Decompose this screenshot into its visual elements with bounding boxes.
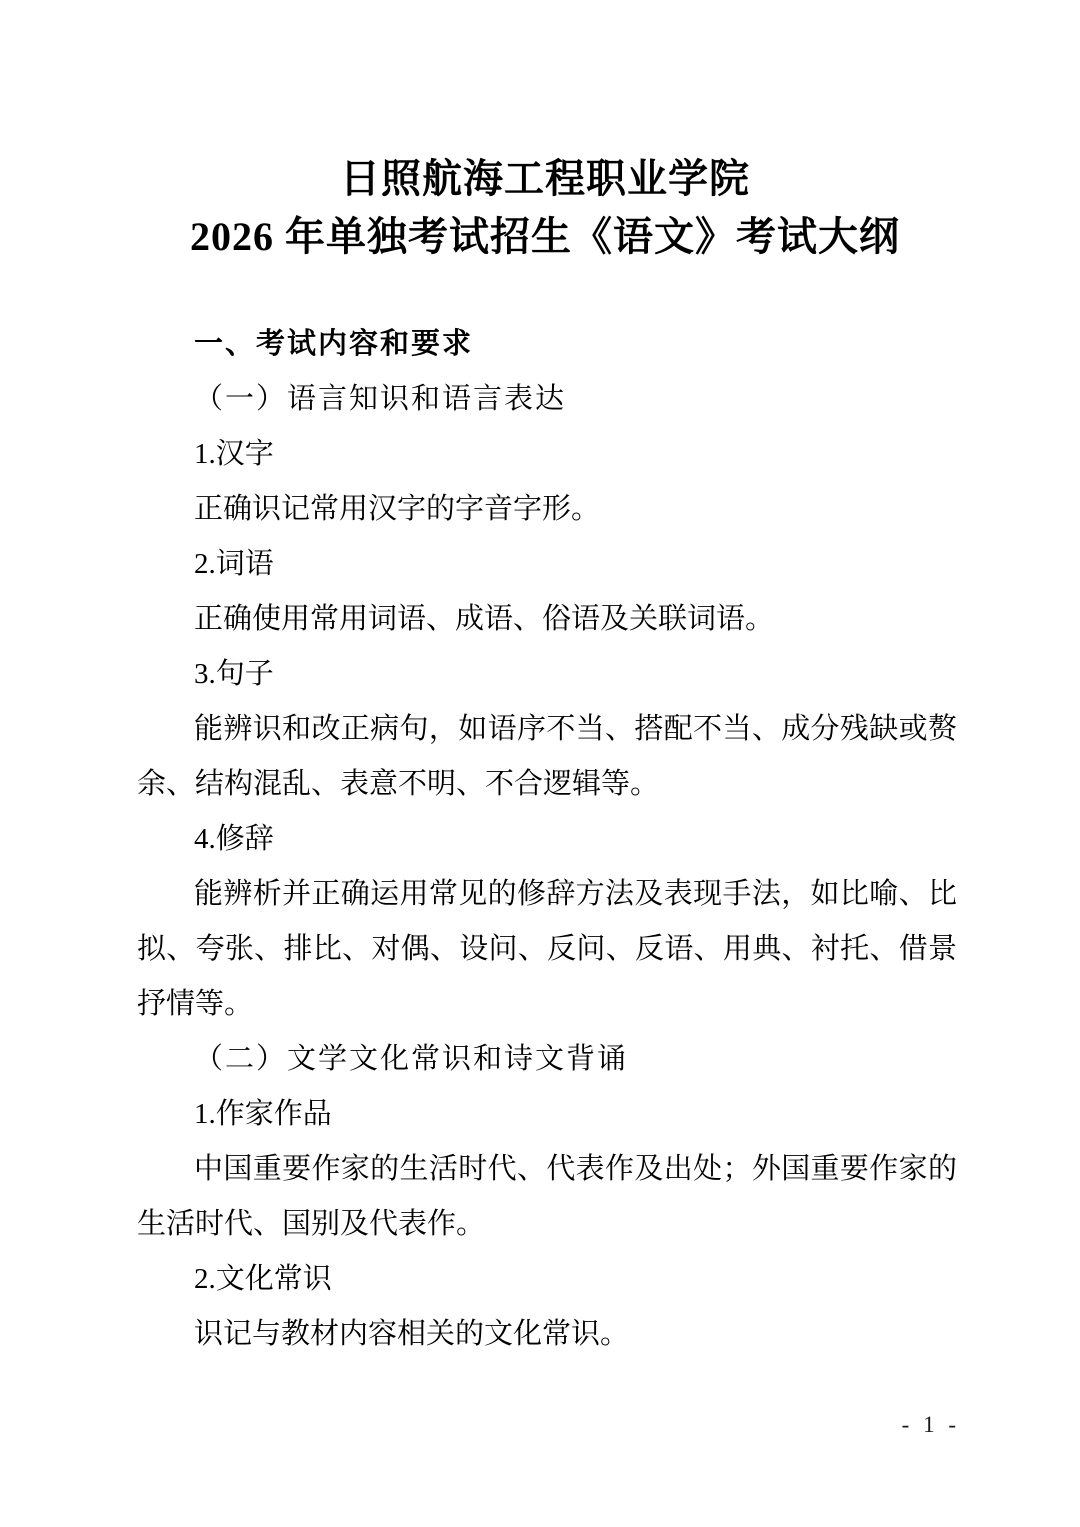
item-label-xiuci: 4.修辞 <box>137 812 957 867</box>
section-heading-exam-content: 一、考试内容和要求 <box>137 317 957 372</box>
subsection-heading-literature-culture: （二）文学文化常识和诗文背诵 <box>137 1032 957 1087</box>
title-line-1: 日照航海工程职业学院 <box>130 150 960 208</box>
item-body-ciyu: 正确使用常用词语、成语、俗语及关联词语。 <box>137 592 957 647</box>
item-label-juzi: 3.句子 <box>137 647 957 702</box>
item-body-zuojia: 中国重要作家的生活时代、代表作及出处；外国重要作家的生活时代、国别及代表作。 <box>137 1142 957 1252</box>
item-body-juzi: 能辨识和改正病句，如语序不当、搭配不当、成分残缺或赘余、结构混乱、表意不明、不合… <box>137 702 957 812</box>
document-page: 日照航海工程职业学院 2026 年单独考试招生《语文》考试大纲 一、考试内容和要… <box>0 0 1080 1527</box>
item-body-wenhua: 识记与教材内容相关的文化常识。 <box>137 1307 957 1362</box>
item-label-wenhua: 2.文化常识 <box>137 1252 957 1307</box>
page-number: - 1 - <box>902 1412 960 1438</box>
subsection-heading-language-knowledge: （一）语言知识和语言表达 <box>137 372 957 427</box>
document-title: 日照航海工程职业学院 2026 年单独考试招生《语文》考试大纲 <box>130 150 960 266</box>
item-body-hanzi: 正确识记常用汉字的字音字形。 <box>137 482 957 537</box>
item-label-hanzi: 1.汉字 <box>137 427 957 482</box>
title-line-2: 2026 年单独考试招生《语文》考试大纲 <box>130 208 960 266</box>
item-label-ciyu: 2.词语 <box>137 537 957 592</box>
item-body-xiuci: 能辨析并正确运用常见的修辞方法及表现手法，如比喻、比拟、夸张、排比、对偶、设问、… <box>137 867 957 1032</box>
document-body: 一、考试内容和要求 （一）语言知识和语言表达 1.汉字 正确识记常用汉字的字音字… <box>137 317 957 1362</box>
item-label-zuojia: 1.作家作品 <box>137 1087 957 1142</box>
